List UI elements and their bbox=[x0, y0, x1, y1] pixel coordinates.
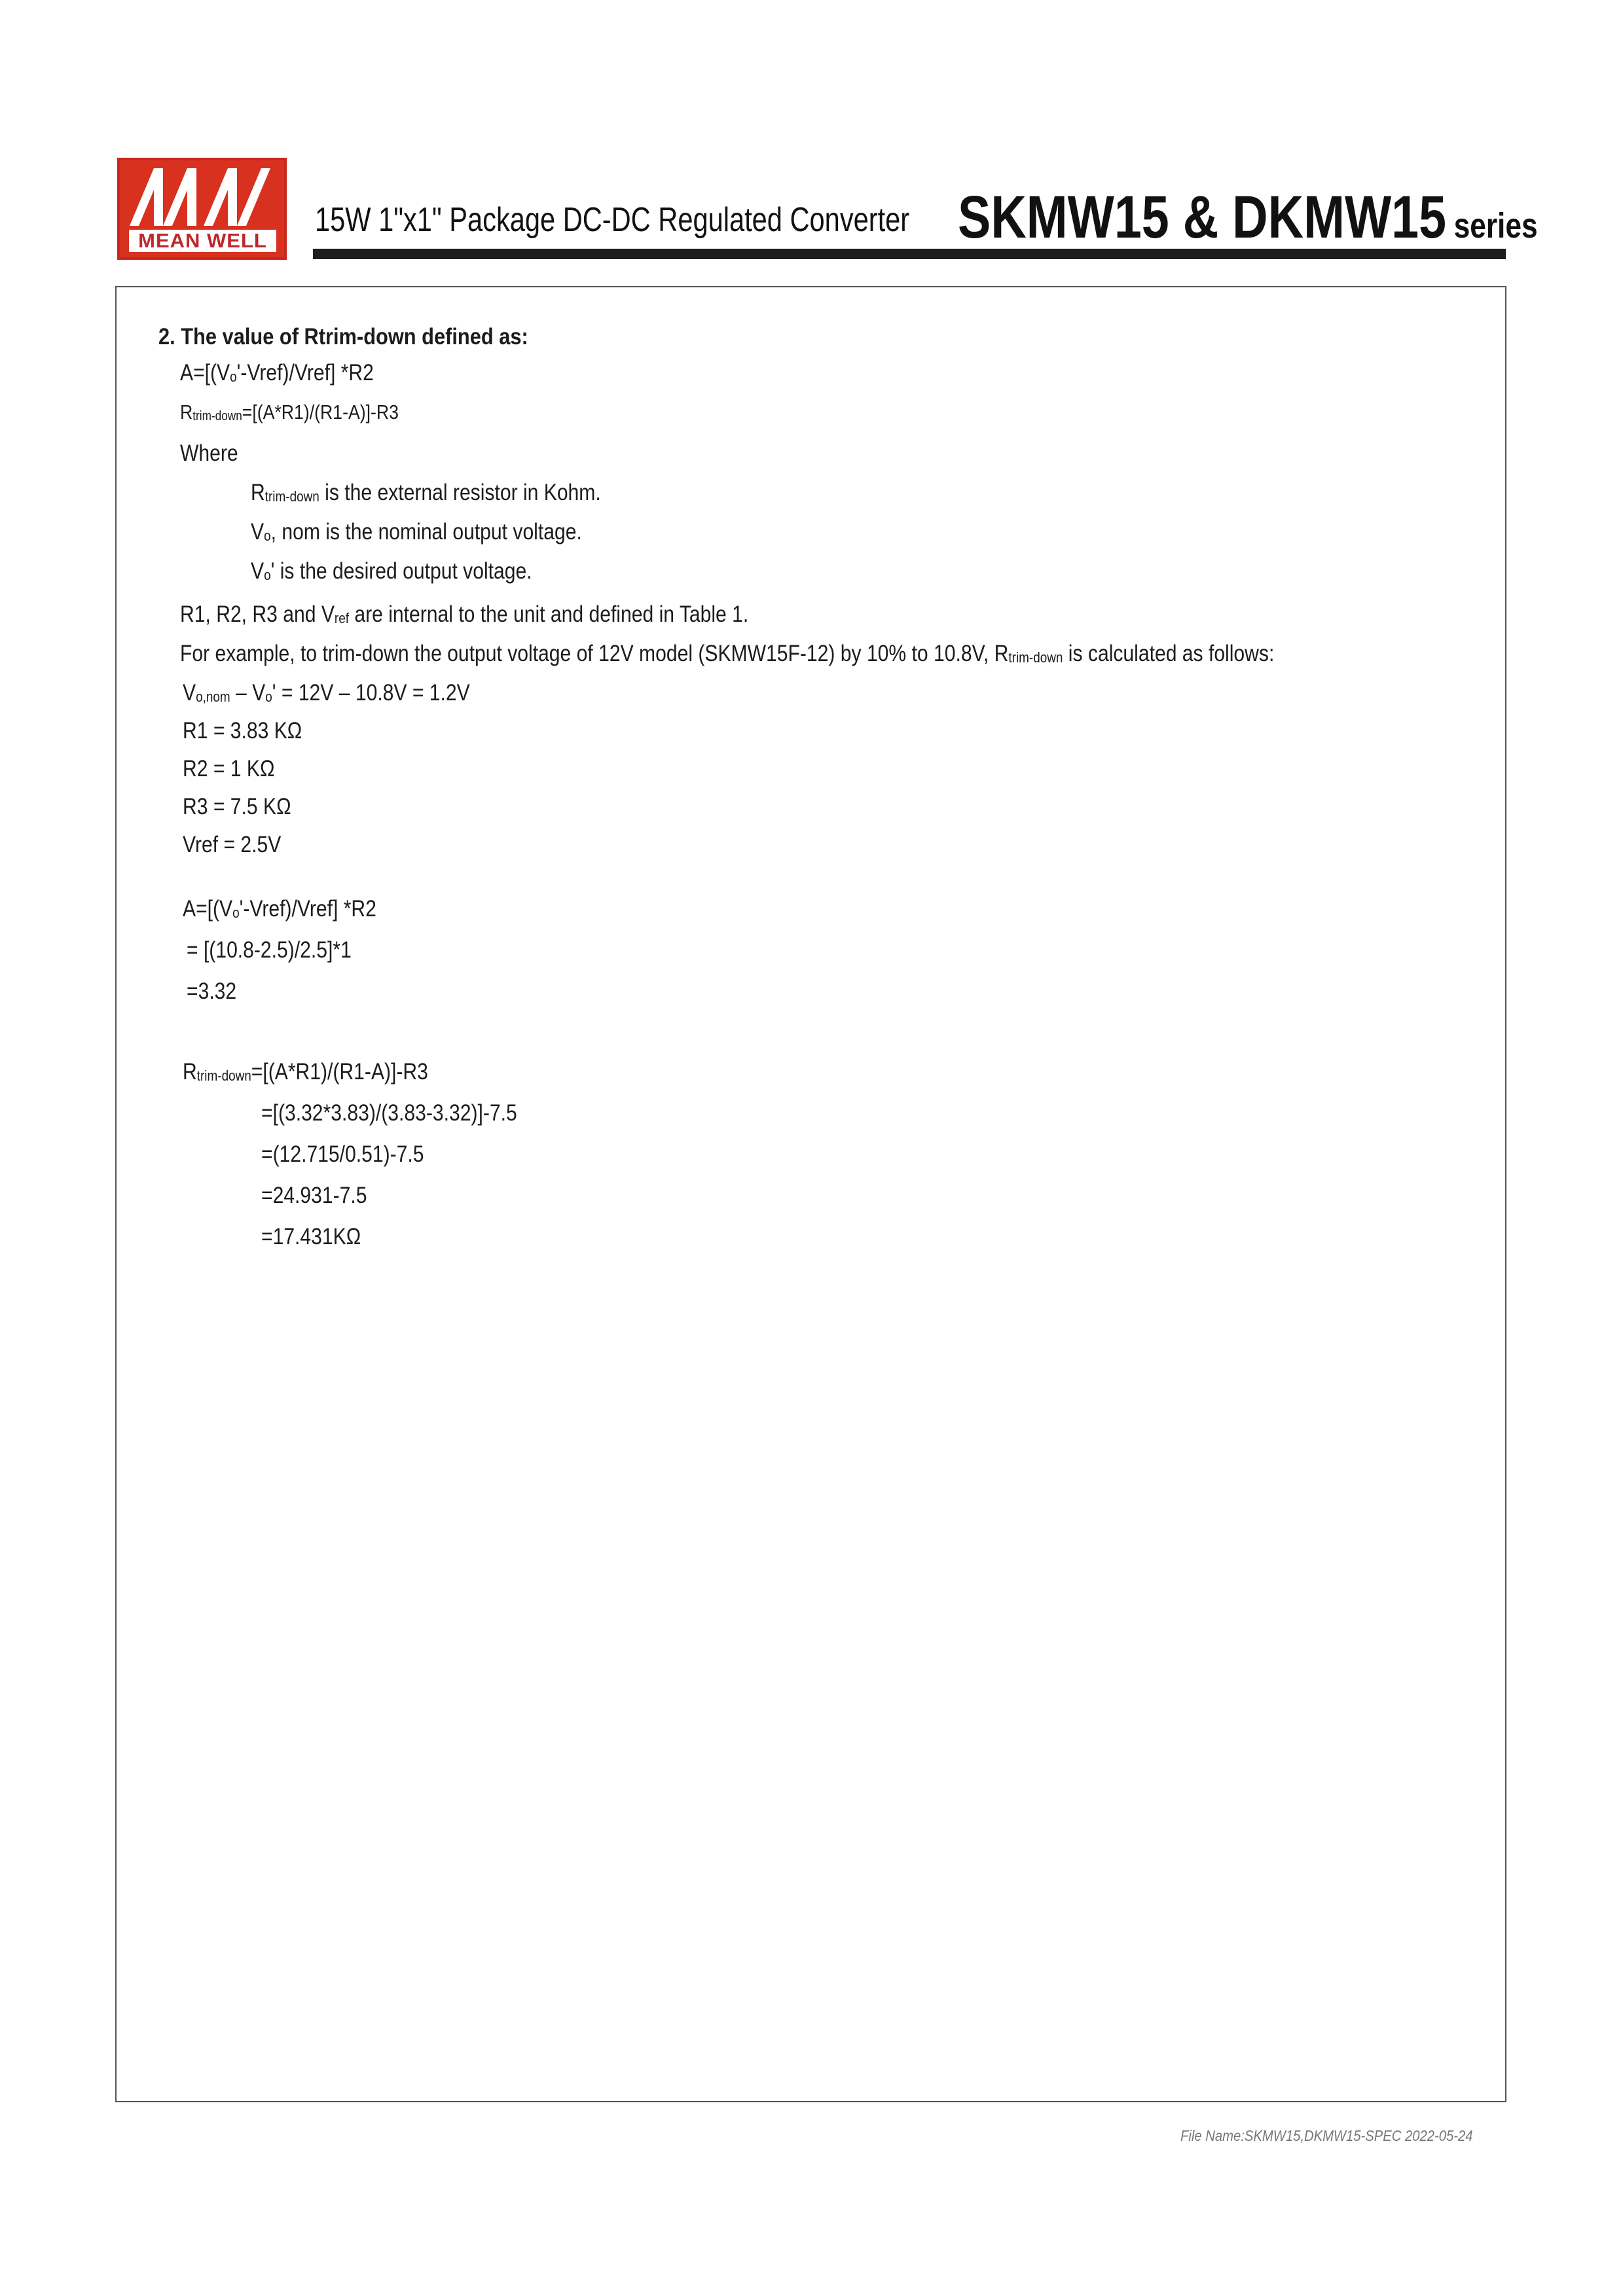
formula-text: A=[(V bbox=[180, 360, 230, 386]
symbol: V bbox=[251, 558, 264, 584]
subscript: trim-down bbox=[265, 488, 319, 505]
formula-rtrim-definition: Rtrim-down=[(A*R1)/(R1-A)]-R3 bbox=[180, 399, 399, 429]
subscript: o,nom bbox=[196, 689, 230, 705]
calc-r-result: =17.431KΩ bbox=[261, 1223, 361, 1251]
example-intro: For example, to trim-down the output vol… bbox=[180, 640, 1274, 670]
calc-a-step: = [(10.8-2.5)/2.5]*1 bbox=[187, 937, 352, 964]
logo-brand-text: MEAN WELL bbox=[129, 230, 276, 252]
voltage-delta: Vo,nom – Vo' = 12V – 10.8V = 1.2V bbox=[183, 679, 470, 709]
calc-r-formula: Rtrim-down=[(A*R1)/(R1-A)]-R3 bbox=[183, 1058, 428, 1088]
subscript: trim-down bbox=[1008, 649, 1063, 666]
formula-text: R bbox=[180, 401, 192, 423]
equation-text: ' = 12V – 10.8V = 1.2V bbox=[272, 680, 470, 706]
constant-vref: Vref = 2.5V bbox=[183, 831, 281, 859]
product-series-name: SKMW15 & DKMW15 bbox=[958, 184, 1446, 251]
formula-text: =[(A*R1)/(R1-A)]-R3 bbox=[251, 1059, 428, 1085]
symbol: – V bbox=[230, 680, 266, 706]
product-subtitle: 15W 1"x1" Package DC-DC Regulated Conver… bbox=[315, 200, 909, 240]
calc-r-step: =(12.715/0.51)-7.5 bbox=[261, 1141, 424, 1168]
header-rule bbox=[313, 249, 1506, 259]
example-text: For example, to trim-down the output vol… bbox=[180, 641, 1008, 666]
formula-text: '-Vref)/Vref] *R2 bbox=[237, 360, 374, 386]
symbol: V bbox=[183, 680, 196, 706]
file-name-footer: File Name:SKMW15,DKMW15-SPEC 2022-05-24 bbox=[1180, 2127, 1473, 2145]
mean-well-logo: MEAN WELL bbox=[117, 158, 287, 260]
subscript: o bbox=[230, 368, 237, 385]
section-heading: 2. The value of Rtrim-down defined as: bbox=[158, 323, 528, 351]
subscript: ref bbox=[335, 610, 349, 626]
definition-text: , nom is the nominal output voltage. bbox=[271, 519, 582, 545]
definition-text: is the external resistor in Kohm. bbox=[319, 480, 601, 505]
calc-r-step: =24.931-7.5 bbox=[261, 1182, 367, 1210]
constant-r2: R2 = 1 KΩ bbox=[183, 755, 274, 783]
note-text: R1, R2, R3 and V bbox=[180, 601, 335, 627]
subscript: o bbox=[264, 528, 271, 544]
formula-text: A=[(V bbox=[183, 896, 232, 922]
where-item: Rtrim-down is the external resistor in K… bbox=[251, 479, 601, 509]
internal-components-note: R1, R2, R3 and Vref are internal to the … bbox=[180, 601, 748, 631]
product-title: SKMW15 & DKMW15series bbox=[958, 185, 1538, 250]
symbol: V bbox=[251, 519, 264, 545]
symbol: R bbox=[251, 480, 265, 505]
formula-a-definition: A=[(Vo'-Vref)/Vref] *R2 bbox=[180, 359, 374, 389]
calc-a-result: =3.32 bbox=[187, 978, 236, 1005]
note-text: are internal to the unit and defined in … bbox=[349, 601, 748, 627]
constant-r1: R1 = 3.83 KΩ bbox=[183, 717, 302, 745]
mw-monogram-icon bbox=[126, 166, 280, 228]
calc-r-step: =[(3.32*3.83)/(3.83-3.32)]-7.5 bbox=[261, 1100, 517, 1127]
example-text: is calculated as follows: bbox=[1063, 641, 1274, 666]
subscript: o bbox=[232, 905, 240, 921]
subscript: trim-down bbox=[192, 409, 242, 423]
where-item: Vo, nom is the nominal output voltage. bbox=[251, 518, 582, 548]
formula-text: R bbox=[183, 1059, 197, 1085]
subscript: o bbox=[265, 689, 272, 705]
subscript: trim-down bbox=[197, 1067, 251, 1084]
constant-r3: R3 = 7.5 KΩ bbox=[183, 793, 291, 821]
formula-text: '-Vref)/Vref] *R2 bbox=[240, 896, 376, 922]
calc-a-formula: A=[(Vo'-Vref)/Vref] *R2 bbox=[183, 895, 376, 925]
formula-text: =[(A*R1)/(R1-A)]-R3 bbox=[242, 401, 399, 423]
series-suffix: series bbox=[1454, 206, 1538, 245]
subscript: o bbox=[264, 567, 271, 583]
where-item: Vo' is the desired output voltage. bbox=[251, 558, 532, 588]
where-label: Where bbox=[180, 440, 238, 467]
definition-text: ' is the desired output voltage. bbox=[271, 558, 532, 584]
